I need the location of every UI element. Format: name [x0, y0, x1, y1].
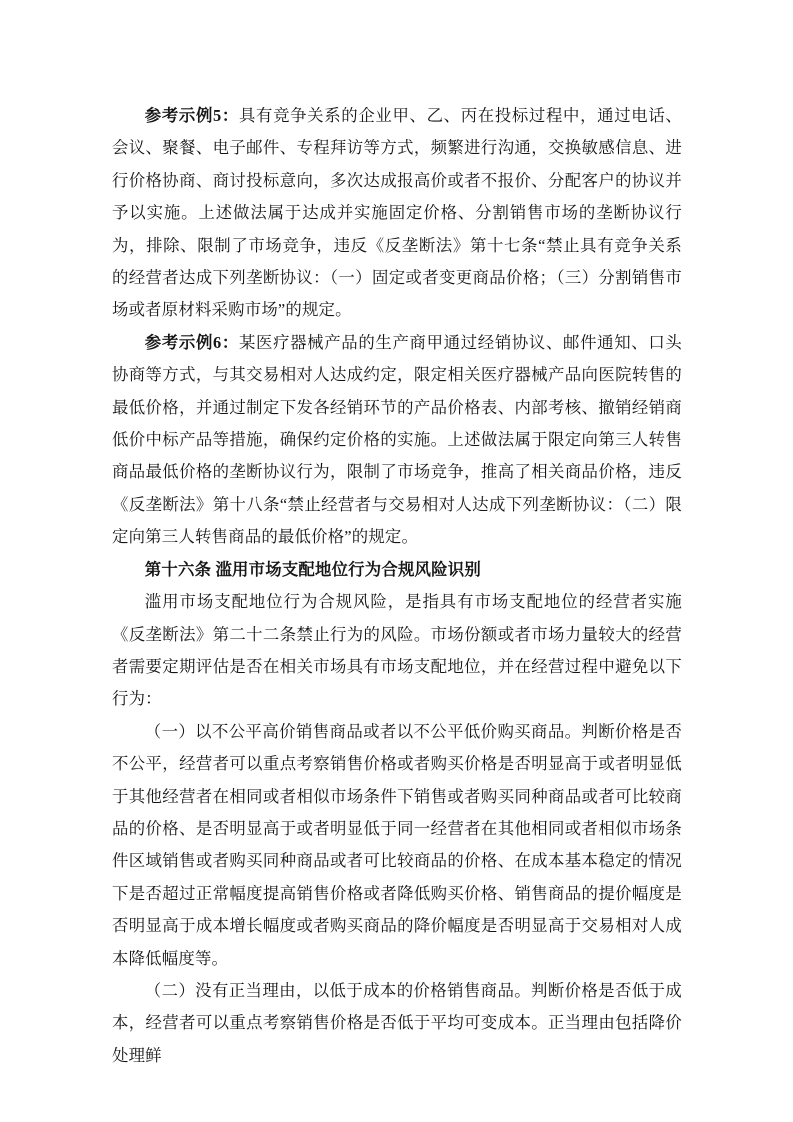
example-paragraph: 参考示例6：某医疗器械产品的生产商甲通过经销协议、邮件通知、口头协商等方式，与其…	[112, 327, 682, 554]
example-label: 参考示例5：	[145, 106, 239, 125]
paragraph-text: 具有竞争关系的企业甲、乙、丙在投标过程中，通过电话、会议、聚餐、电子邮件、专程拜…	[112, 106, 682, 319]
example-label: 参考示例6：	[145, 333, 239, 352]
body-paragraph: 滥用市场支配地位行为合规风险，是指具有市场支配地位的经营者实施《反垄断法》第二十…	[112, 586, 682, 716]
body-paragraph: （二）没有正当理由，以低于成本的价格销售商品。判断价格是否低于成本，经营者可以重…	[112, 975, 682, 1072]
article-heading: 第十六条 滥用市场支配地位行为合规风险识别	[112, 554, 682, 586]
body-paragraph: （一）以不公平高价销售商品或者以不公平低价购买商品。判断价格是否不公平，经营者可…	[112, 716, 682, 975]
document-body: 参考示例5：具有竞争关系的企业甲、乙、丙在投标过程中，通过电话、会议、聚餐、电子…	[112, 100, 682, 1072]
example-paragraph: 参考示例5：具有竞争关系的企业甲、乙、丙在投标过程中，通过电话、会议、聚餐、电子…	[112, 100, 682, 327]
document-page: 参考示例5：具有竞争关系的企业甲、乙、丙在投标过程中，通过电话、会议、聚餐、电子…	[0, 0, 793, 1122]
paragraph-text: 某医疗器械产品的生产商甲通过经销协议、邮件通知、口头协商等方式，与其交易相对人达…	[112, 333, 682, 546]
